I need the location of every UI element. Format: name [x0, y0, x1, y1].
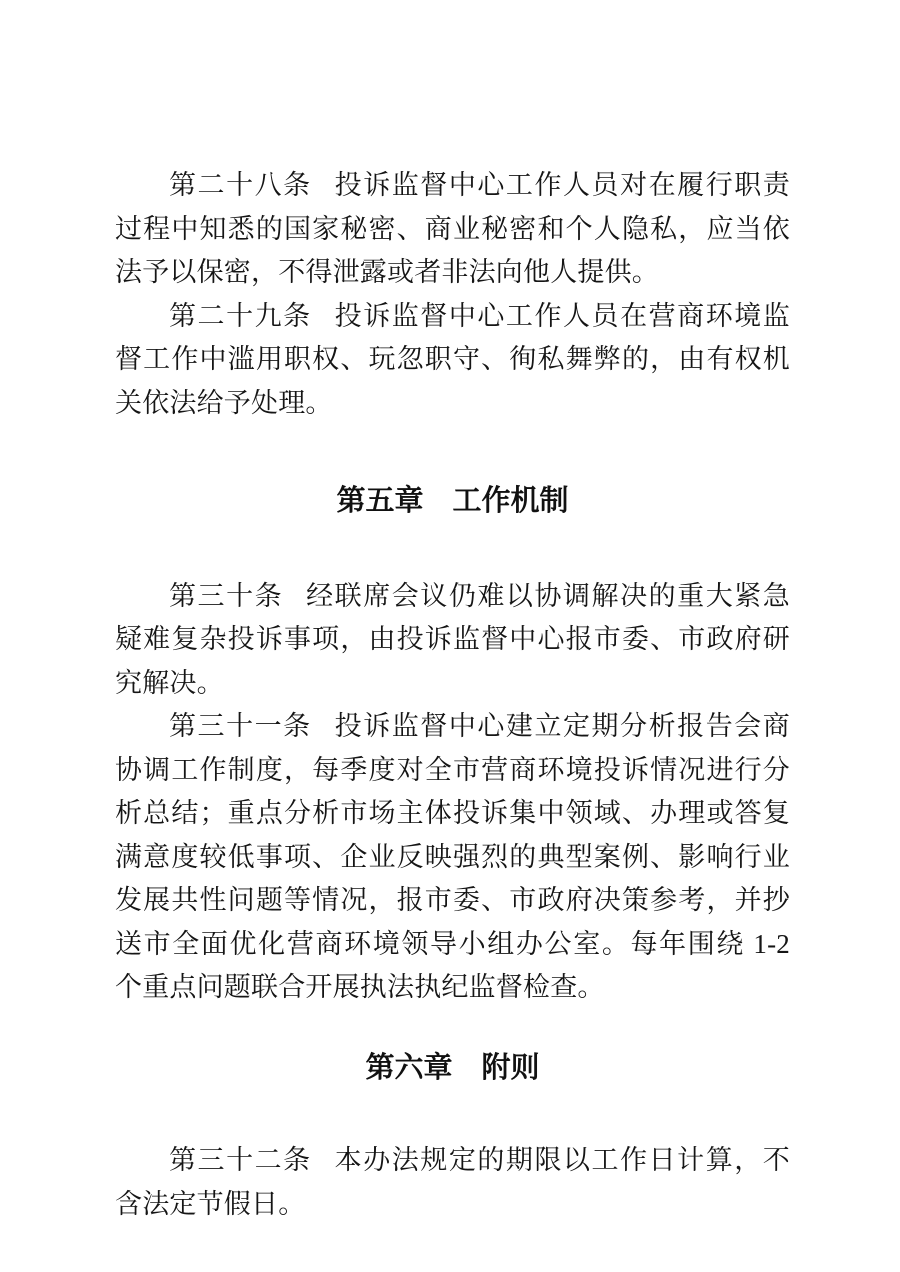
article-32-number: 第三十二条: [169, 1145, 312, 1175]
chapter-5-heading: 第五章 工作机制: [115, 480, 790, 524]
article-31-paragraph: 第三十一条投诉监督中心建立定期分析报告会商协调工作制度，每季度对全市营商环境投诉…: [115, 705, 790, 1010]
article-29-paragraph: 第二十九条投诉监督中心工作人员在营商环境监督工作中滥用职权、玩忽职守、徇私舞弊的…: [115, 295, 790, 426]
article-29-number: 第二十九条: [169, 301, 312, 331]
article-30-paragraph: 第三十条经联席会议仍难以协调解决的重大紧急疑难复杂投诉事项，由投诉监督中心报市委…: [115, 575, 790, 706]
article-28-paragraph: 第二十八条投诉监督中心工作人员对在履行职责过程中知悉的国家秘密、商业秘密和个人隐…: [115, 164, 790, 295]
article-31-text: 投诉监督中心建立定期分析报告会商协调工作制度，每季度对全市营商环境投诉情况进行分…: [115, 711, 790, 1002]
document-body: 第二十八条投诉监督中心工作人员对在履行职责过程中知悉的国家秘密、商业秘密和个人隐…: [115, 164, 790, 1226]
document-page: 第二十八条投诉监督中心工作人员对在履行职责过程中知悉的国家秘密、商业秘密和个人隐…: [0, 0, 900, 1272]
chapter-6-heading: 第六章 附则: [115, 1047, 790, 1091]
article-30-number: 第三十条: [169, 581, 283, 611]
article-31-number: 第三十一条: [169, 711, 312, 741]
article-28-number: 第二十八条: [169, 170, 312, 200]
article-32-paragraph: 第三十二条本办法规定的期限以工作日计算，不含法定节假日。: [115, 1139, 790, 1226]
